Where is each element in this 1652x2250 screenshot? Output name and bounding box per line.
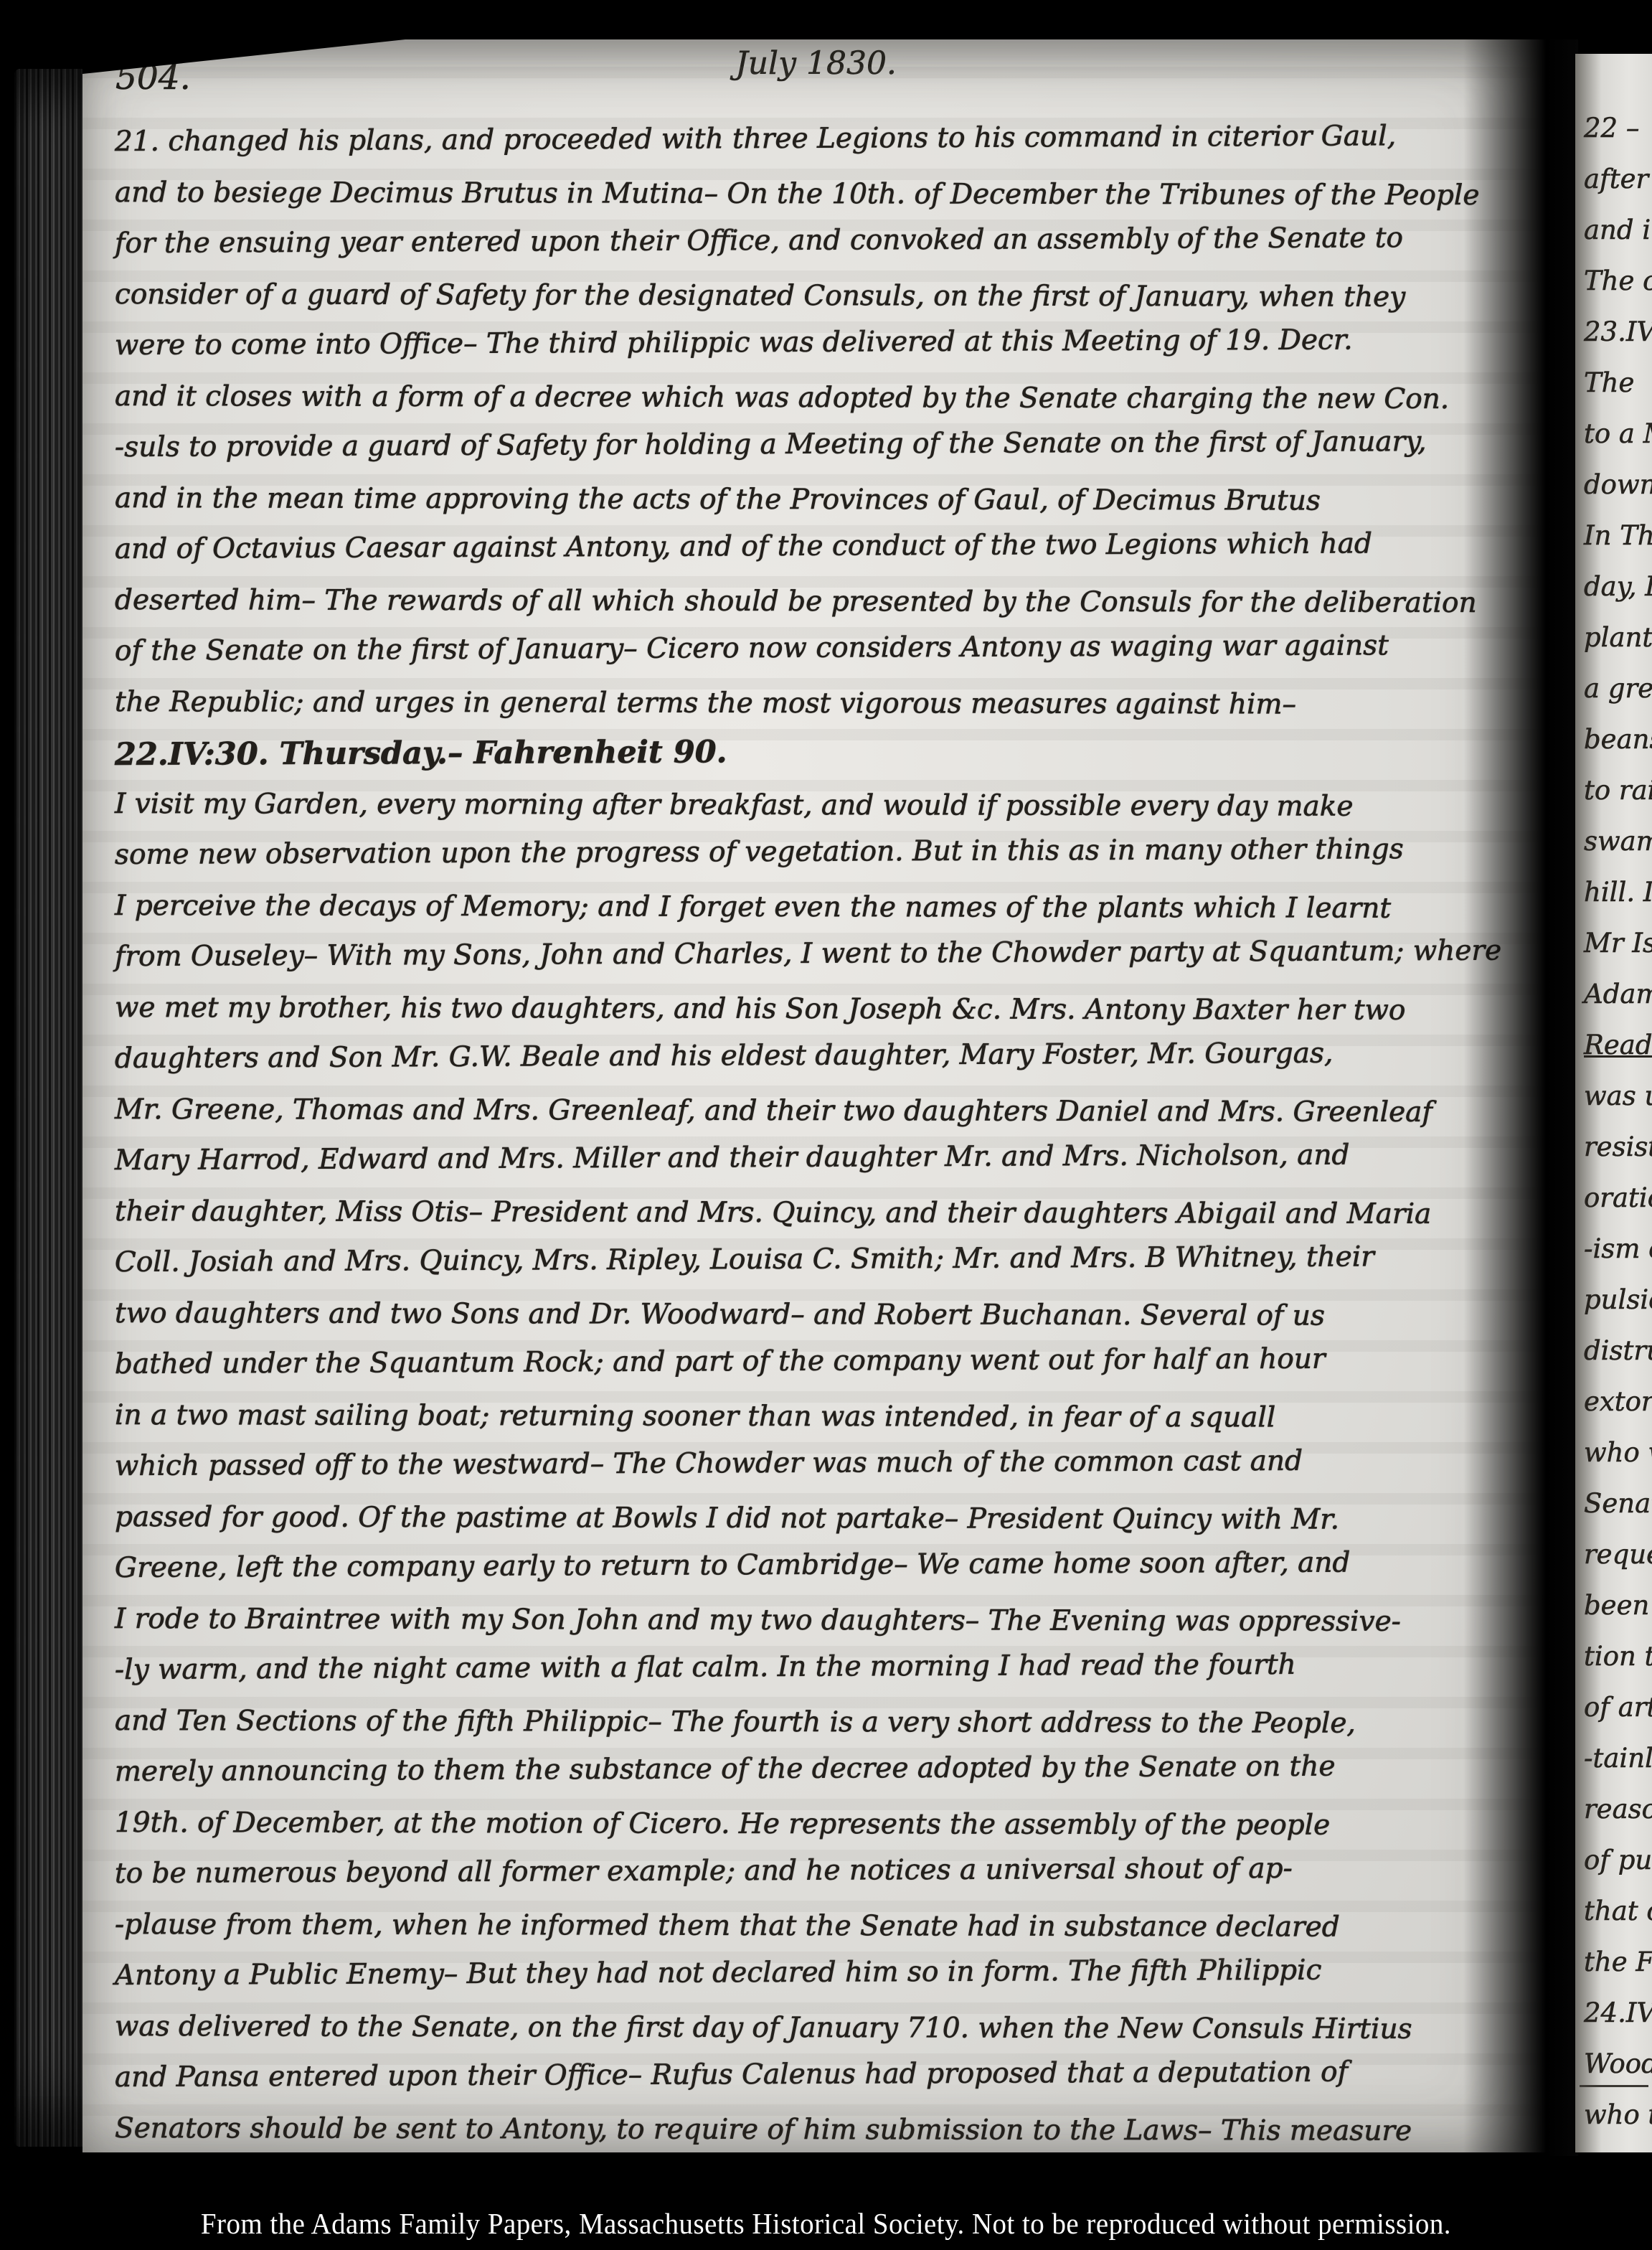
manuscript-line: to be numerous beyond all former example… [115, 1853, 1293, 1890]
manuscript-line: daughters and Son Mr. G.W. Beale and his… [115, 1037, 1334, 1075]
manuscript-line: I rode to Braintree with my Son John and… [115, 1603, 1401, 1638]
facing-page-line: of pur [1584, 1845, 1652, 1875]
attribution-bar: From the Adams Family Papers, Massachuse… [0, 2197, 1652, 2250]
manuscript-line: for the ensuing year entered upon their … [115, 222, 1403, 260]
facing-page-line: beans – [1584, 724, 1652, 755]
facing-page-line: that o [1584, 1896, 1652, 1926]
manuscript-line: from Ouseley– With my Sons, John and Cha… [115, 935, 1501, 973]
facing-page-line: Adams [1584, 979, 1652, 1009]
entry-heading-line: 22.IV:30. Thursday.– Fahrenheit 90. [115, 734, 727, 773]
facing-page-line: Mr Isaa [1584, 928, 1652, 959]
facing-page-line: hill. I [1584, 877, 1652, 908]
manuscript-line: Antony a Public Enemy– But they had not … [115, 1954, 1322, 1992]
book-spine-edge [14, 69, 84, 2147]
facing-page-line: reason [1584, 1794, 1652, 1825]
facing-page-line: -ism of [1584, 1233, 1652, 1264]
facing-page-line: In Th [1584, 520, 1652, 551]
facing-page-line: 24.IV [1584, 1997, 1652, 2028]
manuscript-line: -ly warm, and the night came with a flat… [115, 1649, 1296, 1686]
manuscript-line: Greene, left the company early to return… [115, 1546, 1351, 1584]
attribution-caption: From the Adams Family Papers, Massachuse… [201, 2206, 1451, 2241]
facing-page-line: to rais [1584, 775, 1652, 806]
facing-page-line: been d [1584, 1590, 1652, 1621]
manuscript-line: was delivered to the Senate, on the firs… [115, 2010, 1412, 2046]
diary-page: 504. July 1830. 21. changed his plans, a… [82, 39, 1549, 2152]
page-header-date: July 1830. [82, 45, 1549, 82]
manuscript-line: -plause from them, when he informed them… [115, 1908, 1340, 1944]
facing-page-line: after [1584, 164, 1648, 194]
manuscript-line: and of Octavius Caesar against Antony, a… [115, 527, 1372, 565]
manuscript-line: consider of a guard of Safety for the de… [115, 278, 1405, 314]
facing-page-line: The [1584, 367, 1634, 398]
facing-page-line: swam [1584, 826, 1652, 857]
facing-page-line: Read [1584, 1030, 1652, 1060]
manuscript-line: I visit my Garden, every morning after b… [115, 788, 1354, 823]
facing-page-line: day, I [1584, 571, 1652, 602]
manuscript-photo: { "manuscript": { "page_number": "504.",… [0, 0, 1652, 2250]
facing-page-line: who w [1584, 1437, 1652, 1468]
manuscript-line: were to come into Office– The third phil… [115, 324, 1353, 362]
facing-page-line: extor [1584, 1386, 1652, 1417]
manuscript-line: and Ten Sections of the fifth Philippic–… [115, 1705, 1356, 1740]
facing-page-line: plants [1584, 622, 1652, 653]
manuscript-line: some new observation upon the progress o… [115, 833, 1404, 871]
facing-page-line: The c [1584, 265, 1652, 296]
facing-page-line: pulsic [1584, 1284, 1652, 1315]
manuscript-line: and Pansa entered upon their Office– Ruf… [115, 2056, 1348, 2094]
facing-page-line: Senate [1584, 1488, 1652, 1519]
manuscript-line: I perceive the decays of Memory; and I f… [115, 890, 1391, 925]
manuscript-line: and in the mean time approving the acts … [115, 482, 1321, 517]
manuscript-line: Senators should be sent to Antony, to re… [115, 2112, 1412, 2147]
manuscript-line: we met my brother, his two daughters, an… [115, 992, 1405, 1027]
facing-page-line: was up [1584, 1081, 1652, 1111]
manuscript-line: Coll. Josiah and Mrs. Quincy, Mrs. Riple… [115, 1241, 1374, 1279]
facing-page-line: Wood [1584, 2048, 1652, 2079]
manuscript-line: two daughters and two Sons and Dr. Woodw… [115, 1297, 1325, 1332]
manuscript-line: which passed off to the westward– The Ch… [115, 1445, 1303, 1482]
facing-page-line: 22 – [1584, 113, 1639, 143]
manuscript-line: and it closes with a form of a decree wh… [115, 380, 1449, 415]
manuscript-line: merely announcing to them the substance … [115, 1751, 1336, 1788]
facing-page-edge: 22 –afterand iThe c23.IVTheto a MdownIn … [1575, 54, 1652, 2152]
manuscript-line: in a two mast sailing boat; returning so… [115, 1399, 1275, 1434]
facing-page-line: of arti [1584, 1692, 1652, 1723]
manuscript-line: passed for good. Of the pastime at Bowls… [115, 1501, 1339, 1536]
facing-page-line: reques [1584, 1539, 1652, 1570]
facing-page-line: distrus [1584, 1335, 1652, 1366]
manuscript-line: the Republic; and urges in general terms… [115, 686, 1296, 720]
manuscript-line: Mr. Greene, Thomas and Mrs. Greenleaf, a… [115, 1093, 1432, 1129]
manuscript-line: -suls to provide a guard of Safety for h… [115, 425, 1427, 463]
facing-page-line: and i [1584, 215, 1651, 245]
manuscript-line: 21. changed his plans, and proceeded wit… [115, 120, 1396, 158]
facing-page-line: tion to [1584, 1641, 1652, 1672]
page-gutter-shadow [1463, 39, 1578, 2156]
facing-page-line: to a M [1584, 418, 1652, 449]
manuscript-line: Mary Harrod, Edward and Mrs. Miller and … [115, 1139, 1350, 1177]
manuscript-line: 19th. of December, at the motion of Cice… [115, 1807, 1330, 1842]
manuscript-line: and to besiege Decimus Brutus in Mutina–… [115, 176, 1480, 212]
facing-page-line: down [1584, 469, 1652, 500]
facing-page-line: a great [1584, 673, 1652, 704]
manuscript-line: deserted him– The rewards of all which s… [115, 584, 1477, 619]
manuscript-line: bathed under the Squantum Rock; and part… [115, 1343, 1326, 1380]
facing-page-line: 23.IV [1584, 316, 1652, 347]
facing-page-rule [1580, 2085, 1648, 2087]
facing-page-line: who t [1584, 2099, 1652, 2130]
facing-page-line: oration [1584, 1182, 1652, 1213]
manuscript-line: of the Senate on the first of January– C… [115, 629, 1389, 667]
facing-page-line: -tainly [1584, 1743, 1652, 1774]
manuscript-line: their daughter, Miss Otis– President and… [115, 1195, 1431, 1230]
facing-page-line: resist [1584, 1131, 1652, 1162]
facing-page-line: the F [1584, 1947, 1652, 1977]
